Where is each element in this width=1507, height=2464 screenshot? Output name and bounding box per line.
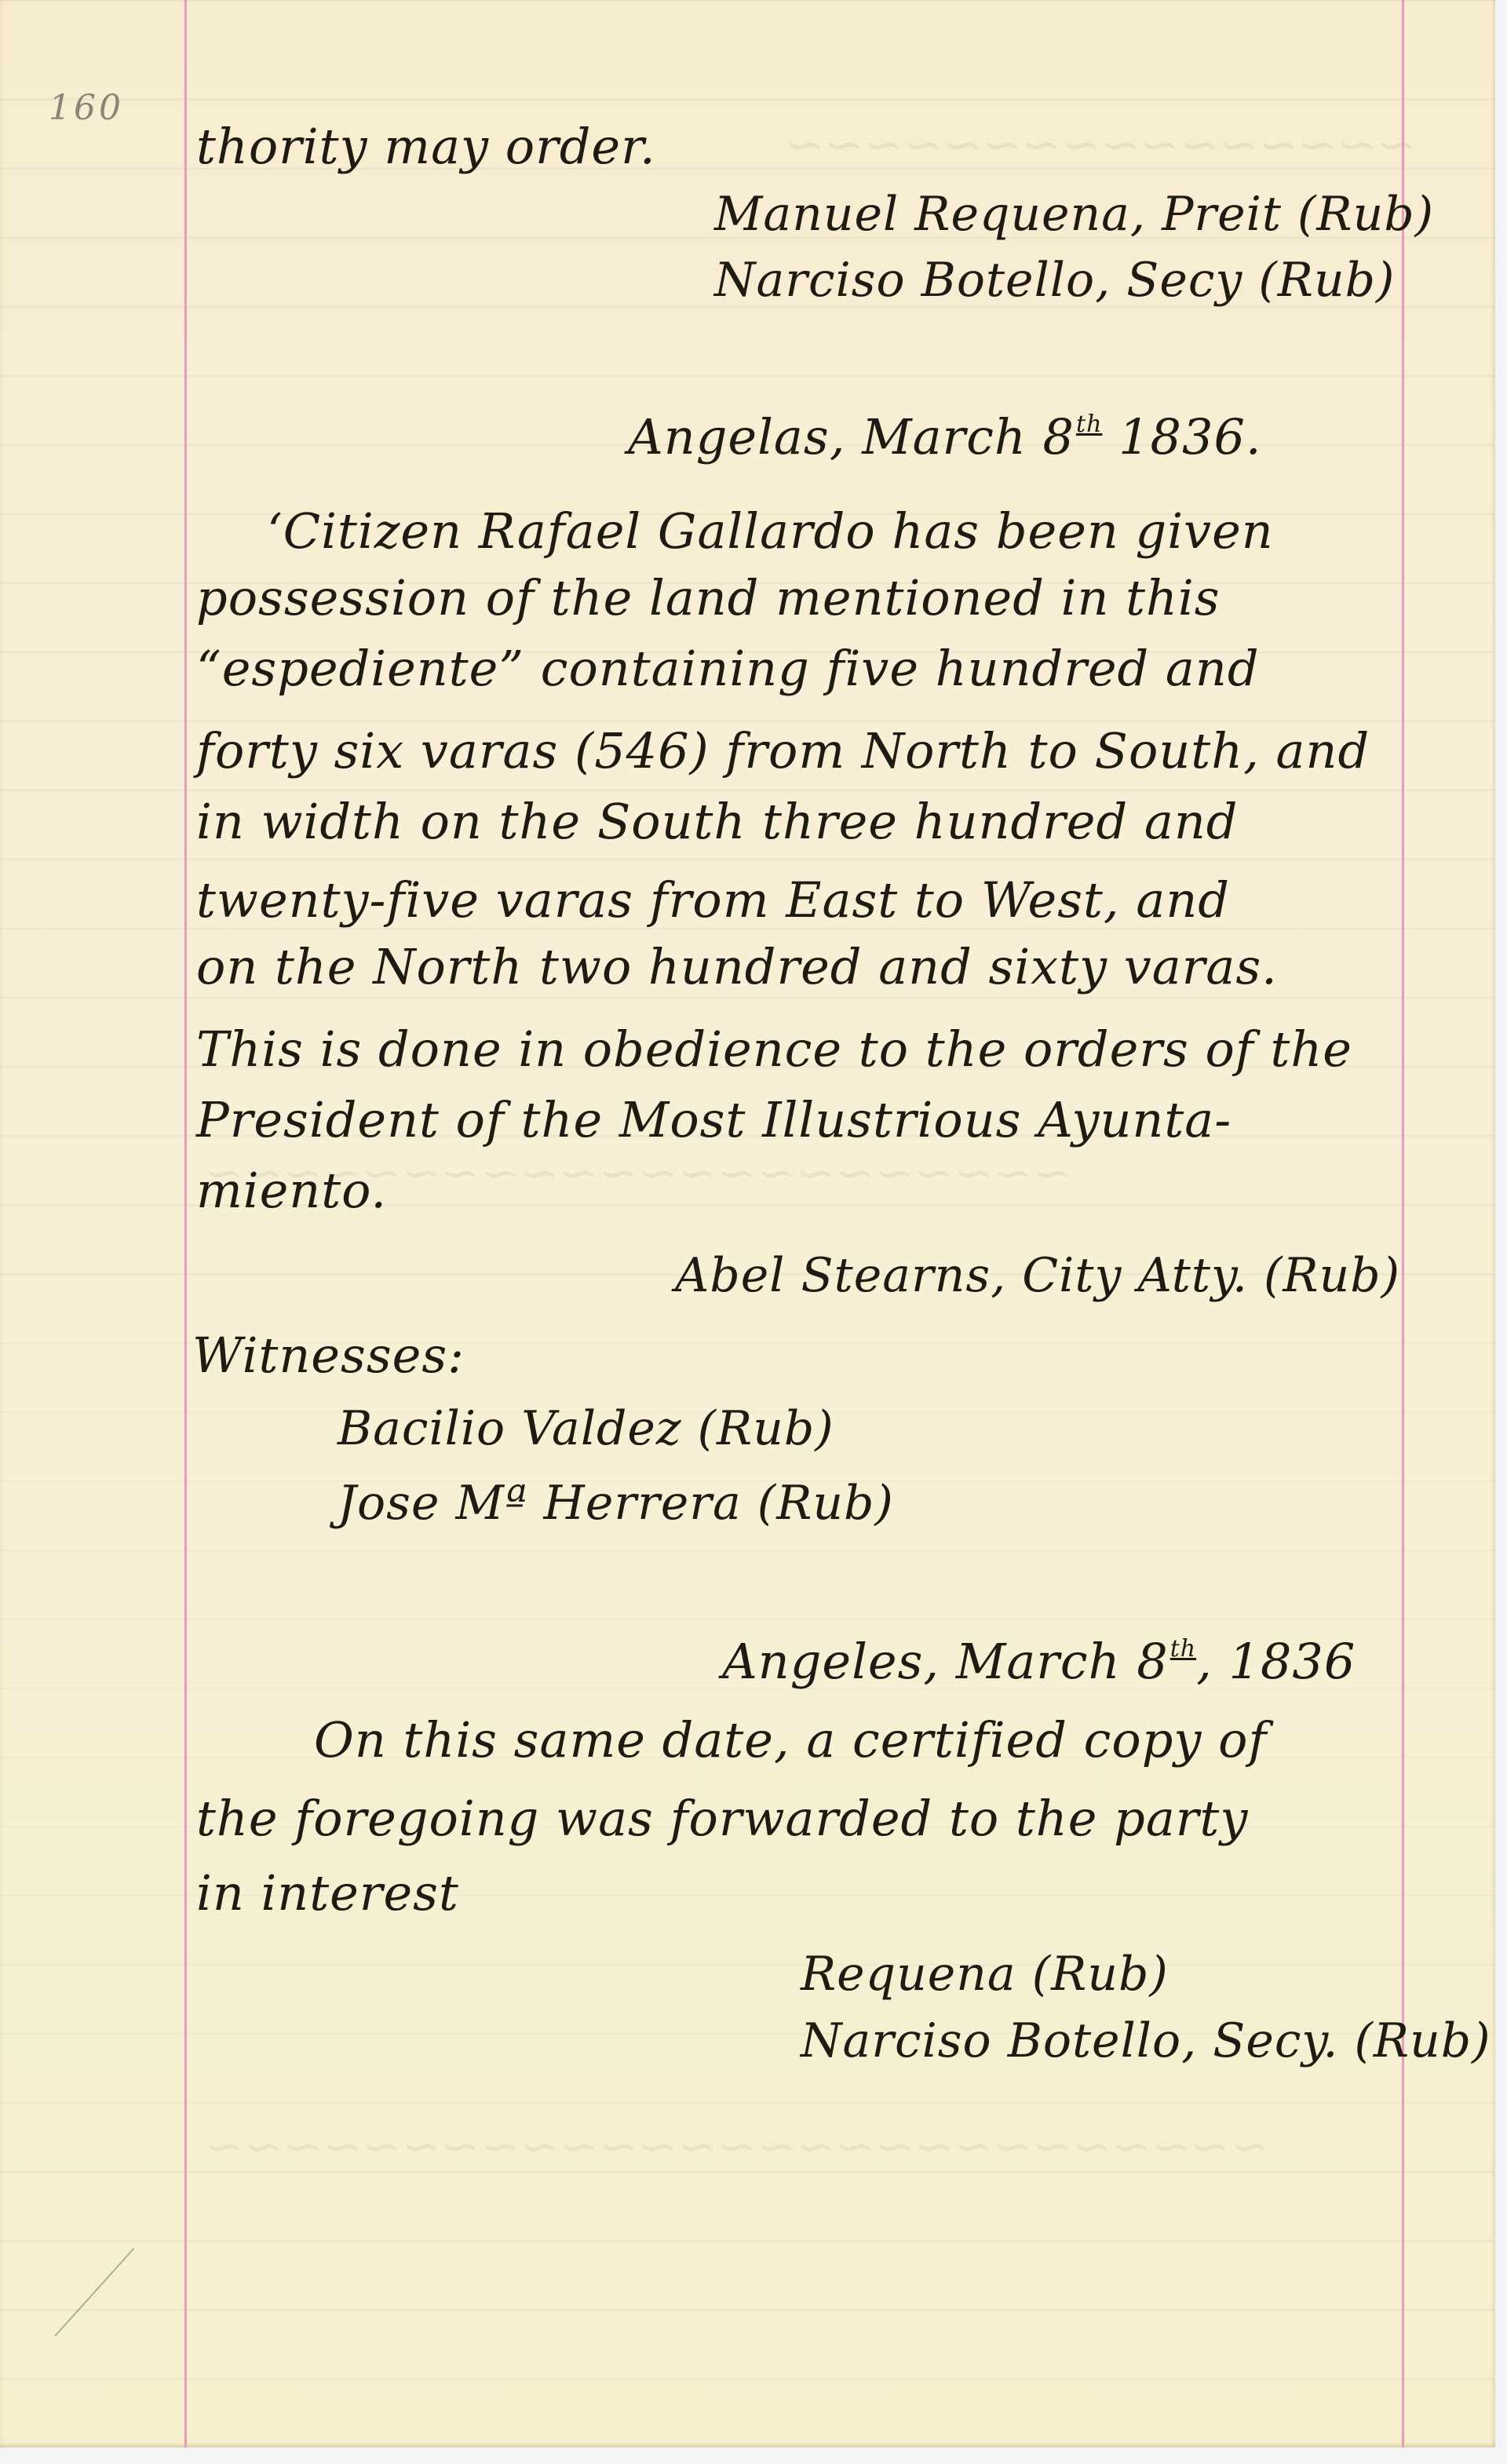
text-line: in interest [196,1864,459,1922]
text-line: forty six varas (546) from North to Sout… [196,722,1370,779]
signature-line: Abel Stearns, City Atty. (Rub) [675,1248,1400,1303]
dateline-ordinal: th [1076,411,1102,438]
text-line: thority may order. [196,118,656,175]
text-line: This is done in obedience to the orders … [196,1020,1352,1078]
signature-line: Narciso Botello, Secy. (Rub) [801,2013,1491,2068]
text-line: in width on the South three hundred and [196,793,1238,850]
text-line: twenty-five varas from East to West, and [196,871,1230,929]
text-line: President of the Most Illustrious Ayunta… [196,1091,1232,1148]
text-line: ‘Citizen Rafael Gallardo has been given [267,502,1274,560]
text-line: On this same date, a certified copy of [314,1711,1267,1769]
dateline-place: Angeles, March 8 [722,1633,1169,1690]
witnesses-label: Witnesses: [192,1327,465,1384]
dateline-year: , 1836 [1196,1633,1356,1690]
ledger-page: ~~~~~~~~~~~~~~~~ ~~~~~~~~~~~~~~~~~~~~~~ … [0,0,1495,2448]
text-line: miento. [196,1162,387,1219]
signature-line: Manuel Requena, Preit (Rub) [714,187,1434,242]
dateline: Angelas, March 8th 1836. [628,408,1262,465]
dateline-place: Angelas, March 8 [628,408,1075,465]
signature-line: Requena (Rub) [801,1947,1169,2002]
witness-signature: Bacilio Valdez (Rub) [338,1401,834,1456]
dateline: Angeles, March 8th, 1836 [722,1633,1356,1690]
left-margin-rule [184,0,187,2448]
ruled-lines [0,0,1495,2448]
dateline-year: 1836. [1102,408,1261,465]
text-line: the foregoing was forwarded to the party [196,1790,1248,1847]
dateline-ordinal: th [1170,1635,1196,1663]
text-line: “espediente” containing five hundred and [196,640,1260,697]
right-margin-rule [1402,0,1404,2448]
witness-signature: Jose Mª Herrera (Rub) [338,1476,894,1531]
page-number: 160 [49,88,124,128]
signature-line: Narciso Botello, Secy (Rub) [714,253,1395,308]
bleed-through-text: ~~~~~~~~~~~~~~~~ [785,118,1416,173]
text-line: possession of the land mentioned in this [196,569,1221,626]
text-line: on the North two hundred and sixty varas… [196,938,1278,995]
bleed-through-text: ~~~~~~~~~~~~~~~~~~~~~~~~~~~ [204,2119,1269,2174]
